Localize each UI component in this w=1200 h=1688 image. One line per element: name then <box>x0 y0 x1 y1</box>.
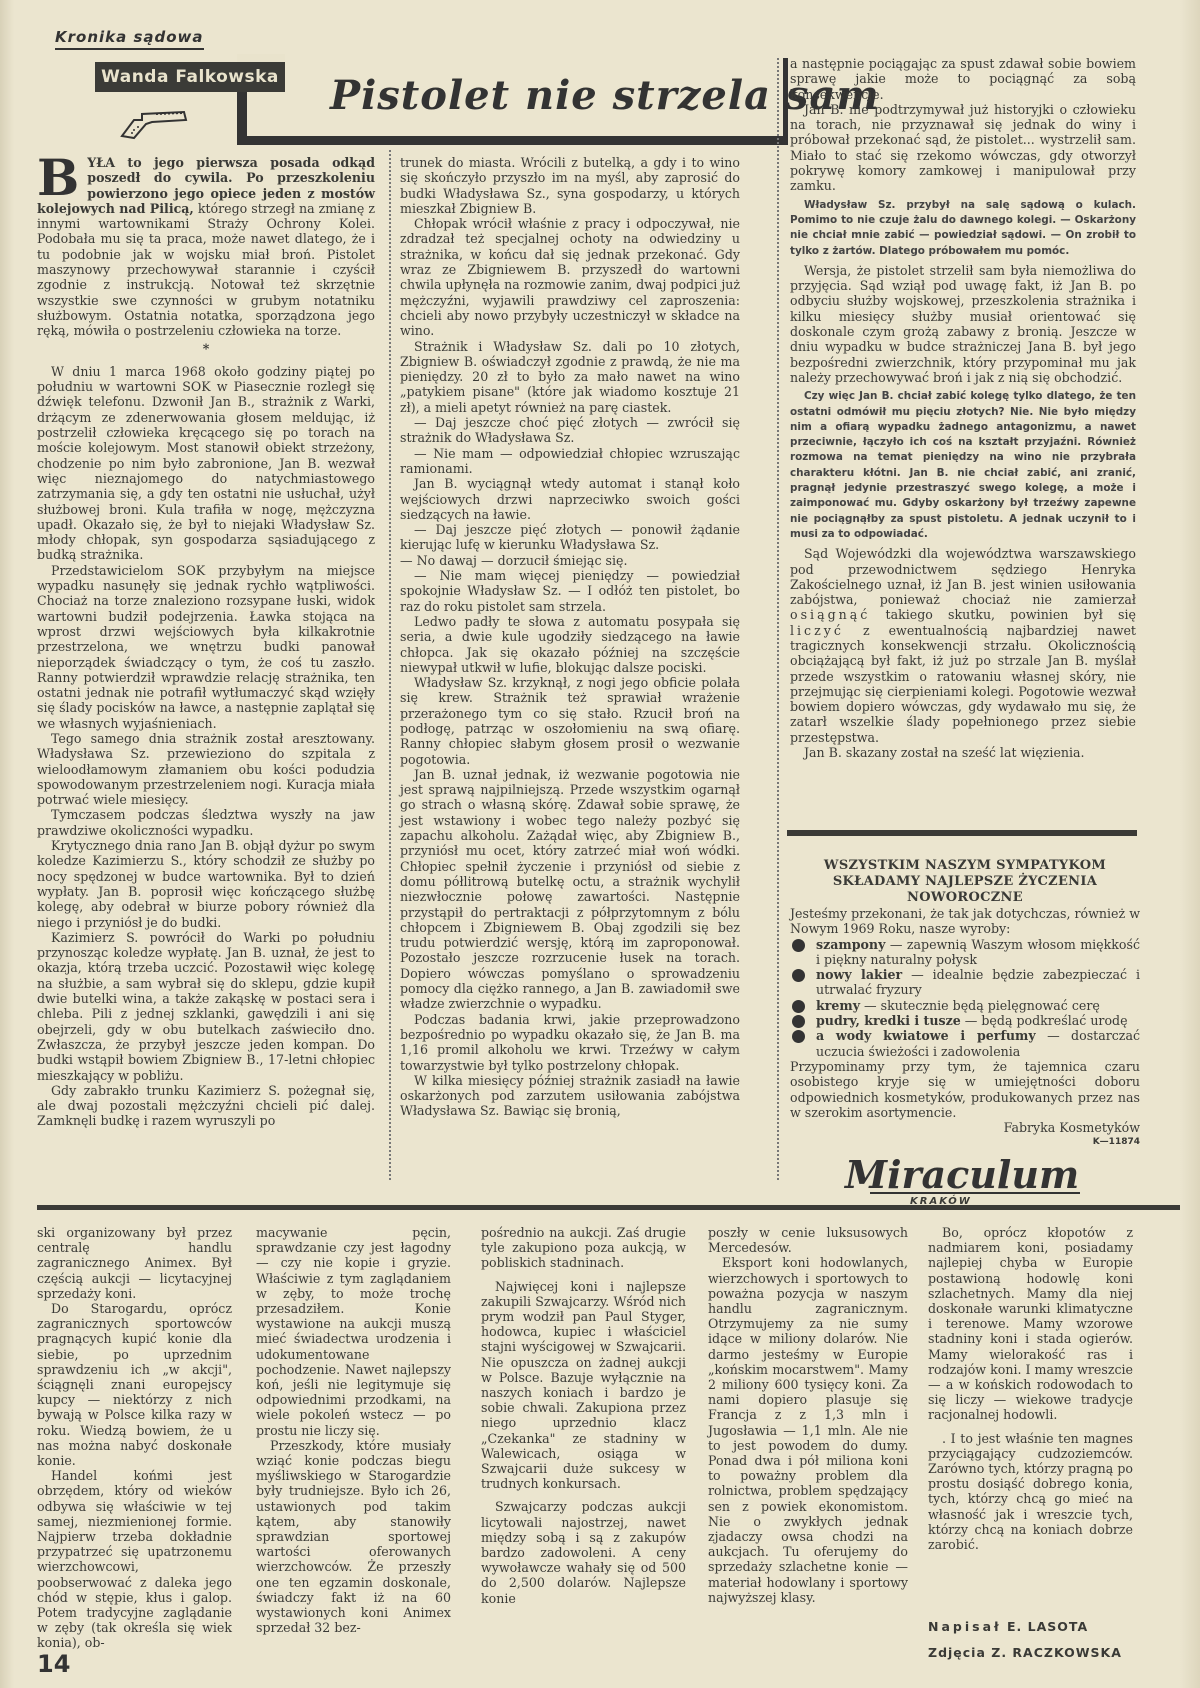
pistol-icon <box>112 100 192 140</box>
advert-signature: Fabryka Kosmetyków <box>790 1120 1140 1135</box>
cosmetics-advert: WSZYSTKIM NASZYM SYMPATYKOM SKŁADAMY NAJ… <box>790 858 1140 1151</box>
paragraph: Przedstawicielom SOK przybyłym na miejsc… <box>37 563 375 731</box>
product-item: szampony — zapewnią Waszym włosom miękko… <box>790 937 1140 968</box>
lead-paragraph: BYŁA to jego pierwsza posada odkąd posze… <box>37 155 375 339</box>
paragraph: Najwięcej koni i najlepsze zakupili Szwa… <box>481 1279 686 1492</box>
paragraph: Jan B. uznał jednak, iż wezwanie pogotow… <box>400 767 740 1012</box>
section-separator: * <box>37 341 375 356</box>
column-1-body: W dniu 1 marca 1968 około godziny piątej… <box>37 364 375 1129</box>
page-number: 14 <box>37 1650 70 1678</box>
section-divider <box>37 1205 1180 1210</box>
paragraph: Kazimierz S. powrócił do Warki po połudn… <box>37 930 375 1083</box>
section-label: Kronika sądowa <box>55 28 204 50</box>
paragraph: Chłopak wrócił właśnie z pracy i odpoczy… <box>400 216 740 338</box>
bottom-column-2: macywanie pęcin, sprawdzanie czy jest ła… <box>256 1225 451 1635</box>
paragraph: trunek do miasta. Wrócili z butelką, a g… <box>400 155 740 216</box>
bottom-column-5: Bo, oprócz kłopotów z nadmiarem koni, po… <box>928 1225 1133 1552</box>
sentence-paragraph: Jan B. skazany został na sześć lat więzi… <box>790 745 1136 760</box>
paragraph: W dniu 1 marca 1968 około godziny piątej… <box>37 364 375 563</box>
paragraph: Eksport koni hodowlanych, wierzchowych i… <box>708 1255 908 1605</box>
paragraph: ski organizowany był przez centralę hand… <box>37 1225 232 1301</box>
paragraph: . I to jest właśnie ten magnes przyciąga… <box>928 1431 1133 1553</box>
paragraph: — Daj jeszcze choć pięć złotych — zwróci… <box>400 415 740 446</box>
product-item: a wody kwiatowe i perfumy — dostarczać u… <box>790 1028 1140 1059</box>
paragraph: Ledwo padły te słowa z automatu posypała… <box>400 614 740 675</box>
paragraph: — Nie mam więcej pieniędzy — powiedział … <box>400 568 740 614</box>
paragraph: pośrednio na aukcji. Zaś drugie tyle zak… <box>481 1225 686 1271</box>
photo-credit: Zdjęcia Z. RACZKOWSKA <box>928 1640 1122 1666</box>
paragraph: Handel końmi jest obrzędem, który od wie… <box>37 1468 232 1650</box>
ad-divider <box>787 830 1137 836</box>
article-column-2: trunek do miasta. Wrócili z butelką, a g… <box>400 155 740 1119</box>
column-divider <box>777 58 779 1180</box>
paragraph: Bo, oprócz kłopotów z nadmiarem koni, po… <box>928 1225 1133 1423</box>
brand-underline <box>870 1192 1080 1194</box>
paragraph: Podczas badania krwi, jakie przeprowadzo… <box>400 1012 740 1073</box>
paragraph: Gdy zabrakło trunku Kazimierz S. pożegna… <box>37 1083 375 1129</box>
paragraph: Szwajcarzy podczas aukcji licytowali naj… <box>481 1499 686 1605</box>
article-credits: Napisał E. LASOTA Zdjęcia Z. RACZKOWSKA <box>928 1614 1122 1666</box>
paragraph: poszły w cenie luksusowych Mercedesów. <box>708 1225 908 1255</box>
product-item: kremy — skutecznie będą pielęgnować cerę <box>790 998 1140 1013</box>
brand-logo: Miraculum <box>845 1152 1079 1197</box>
paragraph: Tego samego dnia strażnik został areszto… <box>37 731 375 807</box>
author-credit: Napisał E. LASOTA <box>928 1614 1122 1640</box>
article-column-3: a następnie pociągając za spust zdawał s… <box>790 56 1136 760</box>
paragraph: a następnie pociągając za spust zdawał s… <box>790 56 1136 102</box>
paragraph: W kilka miesięcy później strażnik zasiad… <box>400 1073 740 1119</box>
paragraph: macywanie pęcin, sprawdzanie czy jest ła… <box>256 1225 451 1438</box>
paragraph: — Daj jeszcze pięć złotych — ponowił żąd… <box>400 522 740 553</box>
paragraph: Krytycznego dnia rano Jan B. objął dyżur… <box>37 838 375 930</box>
article-column-1: BYŁA to jego pierwsza posada odkąd posze… <box>37 155 375 1129</box>
paragraph: Przeszkody, które musiały wziąć konie po… <box>256 1438 451 1636</box>
verdict-paragraph: Sąd Wojewódzki dla województwa warszawsk… <box>790 546 1136 745</box>
advert-headline: WSZYSTKIM NASZYM SYMPATYKOM SKŁADAMY NAJ… <box>790 858 1140 906</box>
drop-cap: B <box>37 157 79 199</box>
author-name: Wanda Falkowska <box>95 62 285 92</box>
column-divider <box>389 150 391 1180</box>
paragraph: Tymczasem podczas śledztwa wyszły na jaw… <box>37 807 375 838</box>
paragraph: — No dawaj — dorzucił śmiejąc się. <box>400 553 740 568</box>
bottom-column-4: poszły w cenie luksusowych Mercedesów.Ek… <box>708 1225 908 1605</box>
sidebar-note-1: Władysław Sz. przybył na salę sądową o k… <box>790 198 1136 259</box>
product-item: pudry, kredki i tusze — będą podkreślać … <box>790 1013 1140 1028</box>
bottom-column-3: pośrednio na aukcji. Zaś drugie tyle zak… <box>481 1225 686 1606</box>
paragraph: Do Starogardu, oprócz zagranicznych spor… <box>37 1301 232 1468</box>
bottom-column-1: ski organizowany był przez centralę hand… <box>37 1225 232 1651</box>
paragraph: Strażnik i Władysław Sz. dali po 10 złot… <box>400 339 740 415</box>
sidebar-note-2: Czy więc Jan B. chciał zabić kolegę tylk… <box>790 389 1136 542</box>
paragraph: — Nie mam — odpowiedział chłopiec wzrusz… <box>400 446 740 477</box>
paragraph: Władysław Sz. krzyknął, z nogi jego obfi… <box>400 675 740 767</box>
advert-code: K—11874 <box>790 1135 1140 1150</box>
paragraph: Jan B. nie podtrzymywał już historyjki o… <box>790 102 1136 194</box>
product-item: nowy lakier — idealnie będzie zabezpiecz… <box>790 967 1140 998</box>
newspaper-page: Kronika sądowa Wanda Falkowska Pistolet … <box>0 0 1200 1688</box>
paragraph: Jan B. wyciągnął wtedy automat i stanął … <box>400 476 740 522</box>
product-list: szampony — zapewnią Waszym włosom miękko… <box>790 937 1140 1059</box>
